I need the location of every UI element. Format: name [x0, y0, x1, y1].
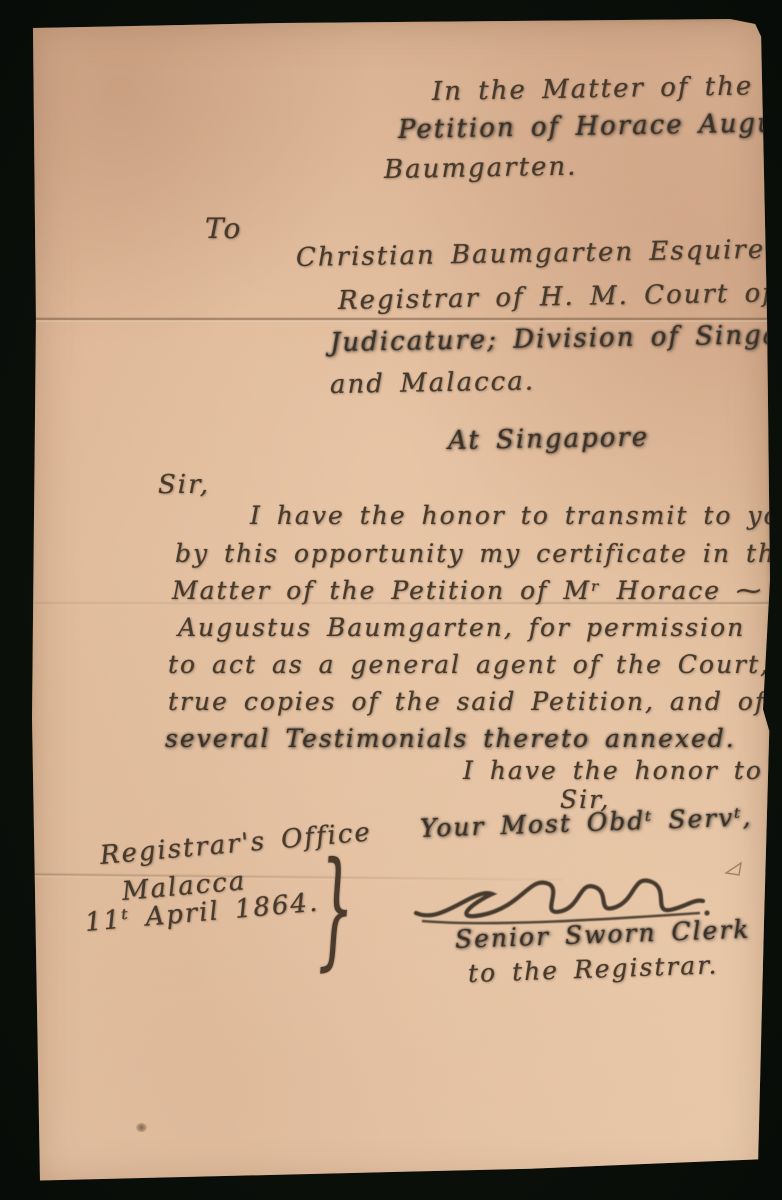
signature-caption-line: to the Registrar. — [467, 950, 718, 988]
recipient-line: Christian Baumgarten Esquire. — [296, 235, 776, 273]
closing-line: Your Most Obdᵗ Servᵗ, — [419, 802, 752, 843]
salutation: Sir, — [158, 470, 210, 500]
recipient-to: To — [205, 212, 242, 245]
recipient-line: Judicature; Division of Singapore — [330, 319, 782, 358]
ink-stain-spot — [136, 1123, 147, 1132]
date-block-brace: } — [316, 832, 355, 983]
body-line: true copies of the said Petition, and of… — [168, 687, 782, 716]
body-line: I have the honor to transmit to you — [250, 501, 782, 530]
recipient-line: Registrar of H. M. Court of — [338, 278, 774, 316]
heading-line: Baumgarten. — [384, 152, 578, 185]
body-line: Matter of the Petition of Mʳ Horace ⁓ — [172, 576, 763, 605]
closing-line: I have the honor to be, — [463, 756, 782, 785]
document-paper: In the Matter of the Petition of Horace … — [30, 19, 770, 1191]
corner-fold-mark-icon — [724, 861, 744, 877]
body-line: several Testimonials thereto annexed. — [165, 724, 736, 753]
body-line: Augustus Baumgarten, for permission — [178, 613, 745, 642]
recipient-line: and Malacca. — [330, 366, 535, 400]
body-line: to act as a general agent of the Court, … — [168, 650, 782, 679]
heading-line: Petition of Horace Augustus — [398, 107, 782, 145]
photo-frame: In the Matter of the Petition of Horace … — [0, 0, 782, 1200]
heading-line: In the Matter of the — [432, 71, 754, 107]
body-line: by this opportunity my certificate in th… — [175, 539, 782, 568]
place-line: At Singapore — [448, 422, 650, 456]
